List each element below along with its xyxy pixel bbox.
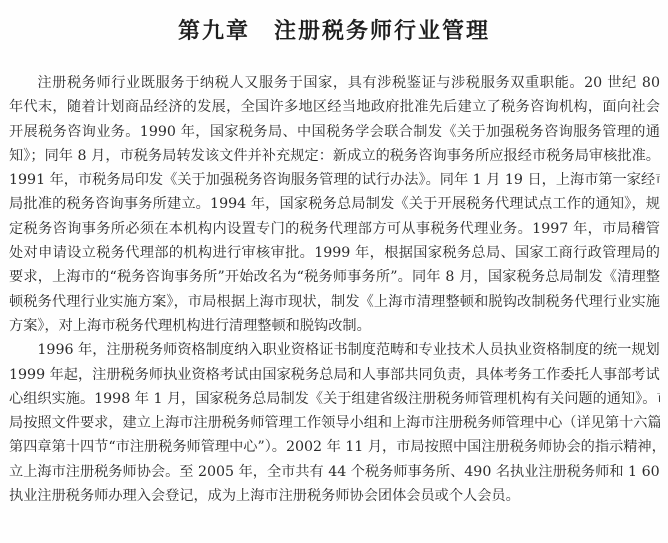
- paragraph: 1996 年，注册税务师资格制度纳入职业资格证书制度范畴和专业技术人员执业资格制…: [9, 338, 660, 508]
- text-line: 要求，上海市的“税务咨询事务所”开始改名为“税务师事务所”。同年 8 月，国家税…: [9, 265, 660, 289]
- text-line: 第四章第十四节“市注册税务师管理中心”）。2002 年 11 月，市局按照中国注…: [9, 435, 660, 459]
- chapter-title: 第九章 注册税务师行业管理: [0, 14, 668, 45]
- text-line: 执业注册税务师办理入会登记，成为上海市注册税务师协会团体会员或个人会员。: [9, 484, 660, 508]
- text-line: 局批准的税务咨询事务所建立。1994 年，国家税务总局制发《关于开展税务代理试点…: [9, 192, 660, 216]
- text-line: 心组织实施。1998 年 1 月，国家税务总局制发《关于组建省级注册税务师管理机…: [9, 387, 660, 411]
- text-line: 年代末，随着计划商品经济的发展，全国许多地区经当地政府批准先后建立了税务咨询机构…: [9, 95, 660, 119]
- text-line: 立上海市注册税务师协会。至 2005 年，全市共有 44 个税务师事务所、490…: [9, 460, 660, 484]
- text-line: 注册税务师行业既服务于纳税人又服务于国家，具有涉税鉴证与涉税服务双重职能。20 …: [9, 71, 660, 95]
- text-line: 处对申请设立税务代理部的机构进行审核审批。1999 年，根据国家税务总局、国家工…: [9, 241, 660, 265]
- text-line: 局按照文件要求，建立上海市注册税务师管理工作领导小组和上海市注册税务师管理中心（…: [9, 411, 660, 435]
- text-line: 开展税务咨询业务。1990 年，国家税务局、中国税务学会联合制发《关于加强税务咨…: [9, 120, 660, 144]
- document-page: 第九章 注册税务师行业管理 注册税务师行业既服务于纳税人又服务于国家，具有涉税鉴…: [0, 0, 668, 543]
- text-line: 方案》，对上海市税务代理机构进行清理整顿和脱钩改制。: [9, 314, 660, 338]
- text-line: 1996 年，注册税务师资格制度纳入职业资格证书制度范畴和专业技术人员执业资格制…: [9, 338, 660, 362]
- paragraph: 注册税务师行业既服务于纳税人又服务于国家，具有涉税鉴证与涉税服务双重职能。20 …: [9, 71, 660, 338]
- text-line: 顿税务代理行业实施方案》，市局根据上海市现状，制发《上海市清理整顿和脱钩改制税务…: [9, 290, 660, 314]
- text-line: 定税务咨询事务所必须在本机构内设置专门的税务代理部方可从事税务代理业务。1997…: [9, 217, 660, 241]
- text-line: 1991 年，市税务局印发《关于加强税务咨询服务管理的试行办法》。同年 1 月 …: [9, 168, 660, 192]
- document-body: 注册税务师行业既服务于纳税人又服务于国家，具有涉税鉴证与涉税服务双重职能。20 …: [9, 71, 660, 508]
- text-line: 1999 年起，注册税务师执业资格考试由国家税务总局和人事部共同负责，具体考务工…: [9, 363, 660, 387]
- text-line: 知》；同年 8 月，市税务局转发该文件并补充规定：新成立的税务咨询事务所应报经市…: [9, 144, 660, 168]
